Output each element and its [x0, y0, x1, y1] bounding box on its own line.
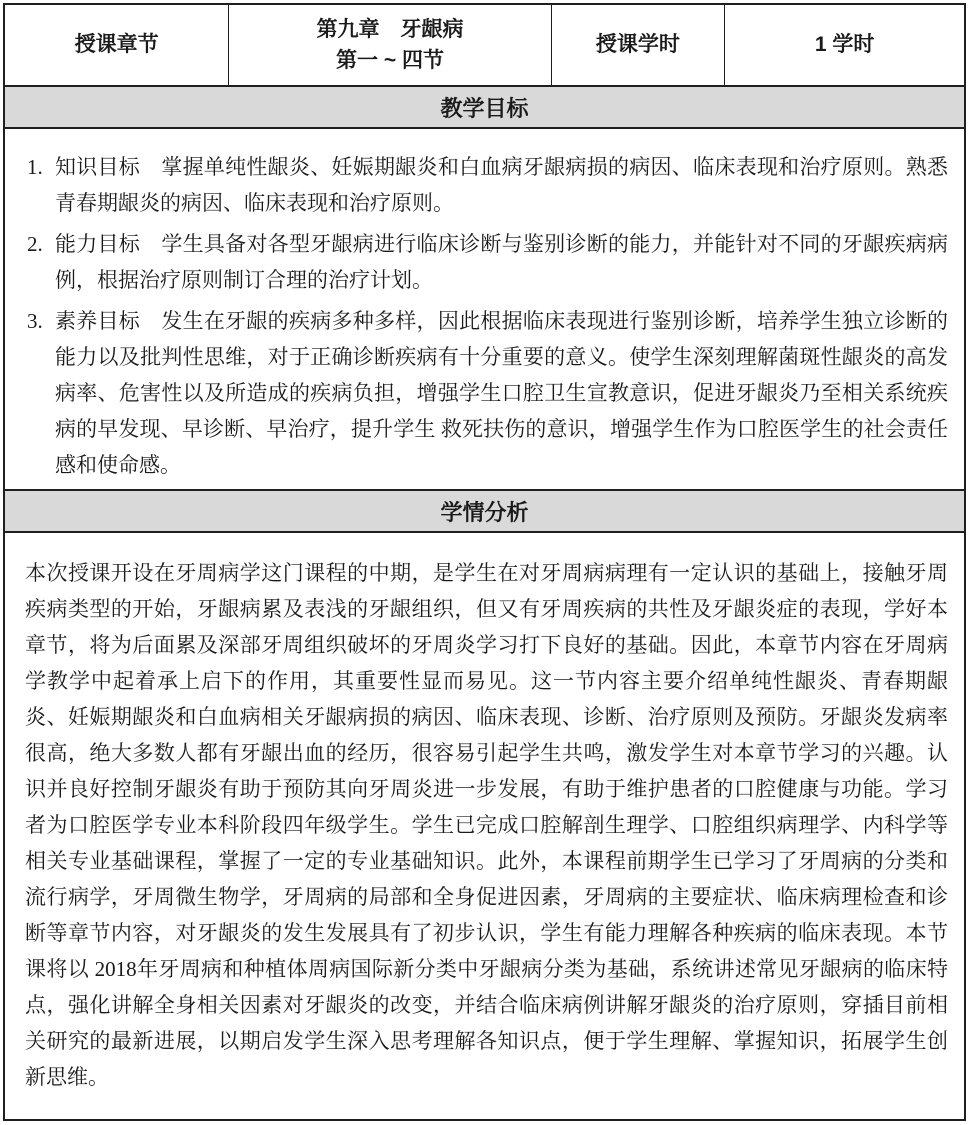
- lesson-plan-page: 授课章节 第九章 牙龈病 第一 ~ 四节 授课学时 1 学时 教学目标 1. 知…: [0, 0, 969, 1125]
- goal-item: 3. 素养目标 发生在牙龈的疾病多种多样，因此根据临床表现进行鉴别诊断，培养学生…: [27, 303, 948, 483]
- goal-text: 能力目标 学生具备对各型牙龈病进行临床诊断与鉴别诊断的能力，并能针对不同的牙龈疾…: [55, 226, 948, 298]
- chapter-title-line2: 第一 ~ 四节: [336, 45, 444, 76]
- hours-value: 1 学时: [815, 30, 875, 60]
- chapter-title-line1: 第九章 牙龈病: [317, 14, 464, 45]
- analysis-title: 学情分析: [440, 496, 528, 527]
- chapter-title-cell: 第九章 牙龈病 第一 ~ 四节: [229, 5, 551, 85]
- goal-text: 素养目标 发生在牙龈的疾病多种多样，因此根据临床表现进行鉴别诊断，培养学生独立诊…: [55, 303, 948, 483]
- goals-section: 1. 知识目标 掌握单纯性龈炎、妊娠期龈炎和白血病牙龈病损的病因、临床表现和治疗…: [5, 129, 964, 491]
- chapter-label: 授课章节: [75, 30, 159, 60]
- goals-title: 教学目标: [440, 92, 528, 123]
- goal-number: 1.: [27, 149, 55, 221]
- goal-number: 3.: [27, 303, 55, 483]
- chapter-label-cell: 授课章节: [5, 5, 229, 85]
- header-row: 授课章节 第九章 牙龈病 第一 ~ 四节 授课学时 1 学时: [5, 5, 964, 87]
- hours-label: 授课学时: [596, 30, 680, 60]
- goal-number: 2.: [27, 226, 55, 298]
- goal-item: 2. 能力目标 学生具备对各型牙龈病进行临床诊断与鉴别诊断的能力，并能针对不同的…: [27, 226, 948, 298]
- goal-item: 1. 知识目标 掌握单纯性龈炎、妊娠期龈炎和白血病牙龈病损的病因、临床表现和治疗…: [27, 149, 948, 221]
- analysis-paragraph: 本次授课开设在牙周病学这门课程的中期，是学生在对牙周病病理有一定认识的基础上，接…: [25, 555, 948, 1095]
- goal-text: 知识目标 掌握单纯性龈炎、妊娠期龈炎和白血病牙龈病损的病因、临床表现和治疗原则。…: [55, 149, 948, 221]
- lesson-plan-table: 授课章节 第九章 牙龈病 第一 ~ 四节 授课学时 1 学时 教学目标 1. 知…: [3, 3, 966, 1121]
- hours-value-cell: 1 学时: [725, 5, 964, 85]
- hours-label-cell: 授课学时: [552, 5, 726, 85]
- analysis-banner: 学情分析: [5, 491, 964, 533]
- analysis-section: 本次授课开设在牙周病学这门课程的中期，是学生在对牙周病病理有一定认识的基础上，接…: [5, 533, 964, 1119]
- goals-banner: 教学目标: [5, 87, 964, 129]
